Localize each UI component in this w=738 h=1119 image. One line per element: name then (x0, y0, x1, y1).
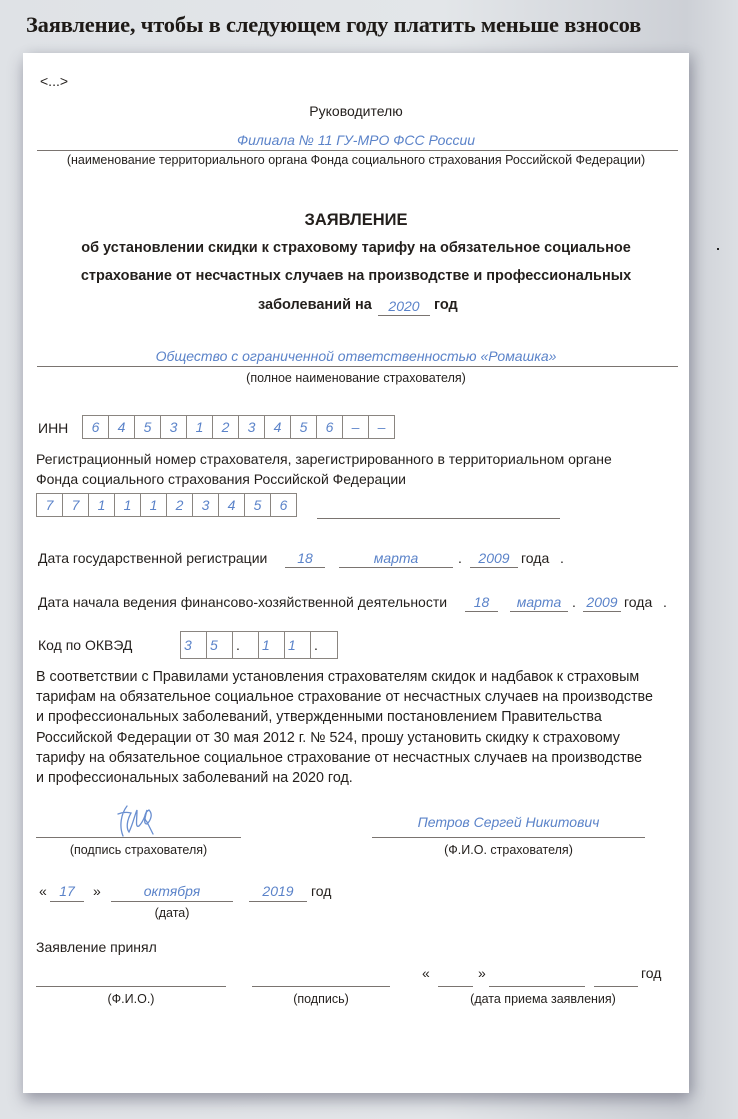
insurer-name[interactable]: Общество с ограниченной ответственностью… (23, 348, 689, 364)
accepted-year-line[interactable] (594, 986, 638, 987)
okved-cell[interactable]: 1 (285, 632, 311, 658)
activity-start-day-line (465, 611, 498, 612)
sign-date-year[interactable]: 2019 (249, 883, 307, 899)
addressee-caption: (наименование территориального органа Фо… (23, 153, 689, 167)
reg-extra-line[interactable] (317, 518, 560, 519)
inn-cell[interactable]: 5 (291, 416, 317, 438)
inn-cell[interactable]: 1 (187, 416, 213, 438)
reg-number-cell[interactable]: 5 (245, 494, 271, 516)
sign-date-caption: (дата) (111, 906, 233, 920)
insurer-line (37, 366, 678, 367)
reg-number-cell[interactable]: 1 (141, 494, 167, 516)
state-reg-year[interactable]: 2009 (470, 550, 518, 566)
accepted-day-line[interactable] (438, 986, 473, 987)
accepted-label: Заявление принял (36, 939, 157, 955)
reg-number-cell[interactable]: 2 (167, 494, 193, 516)
accepted-fio-caption: (Ф.И.О.) (36, 992, 226, 1006)
reg-number-field[interactable]: 7711123456 (36, 493, 297, 517)
reg-number-cell[interactable]: 7 (63, 494, 89, 516)
headline: Заявление, чтобы в следующем году платит… (26, 12, 641, 38)
signer-name[interactable]: Петров Сергей Никитович (372, 814, 645, 830)
sign-date-month-line (111, 901, 233, 902)
sign-date-close-quote: » (93, 883, 101, 899)
reg-number-cell[interactable]: 7 (37, 494, 63, 516)
state-reg-day-line (285, 567, 325, 568)
reg-number-cell[interactable]: 3 (193, 494, 219, 516)
accepted-open-quote: « (422, 965, 430, 981)
accepted-suffix: год (641, 965, 661, 981)
okved-cell[interactable]: 3 (181, 632, 207, 658)
activity-start-year-line (583, 611, 621, 612)
inn-cell[interactable]: 6 (317, 416, 343, 438)
insurer-caption: (полное наименование страхователя) (23, 371, 689, 385)
activity-start-label: Дата начала ведения финансово-хозяйствен… (38, 594, 447, 610)
accepted-fio-line[interactable] (36, 986, 226, 987)
inn-cell[interactable]: – (369, 416, 394, 438)
activity-start-suffix: года (624, 594, 652, 610)
okved-cell[interactable]: . (233, 632, 259, 658)
body-text: В соответствии с Правилами установления … (36, 667, 653, 788)
activity-start-month-line (510, 611, 568, 612)
inn-cell[interactable]: – (343, 416, 369, 438)
inn-cell[interactable]: 3 (239, 416, 265, 438)
okved-cell[interactable]: 1 (259, 632, 285, 658)
state-reg-month-line (339, 567, 453, 568)
activity-start-month[interactable]: марта (510, 594, 568, 610)
inn-cell[interactable]: 4 (109, 416, 135, 438)
activity-start-dot: . (572, 594, 576, 610)
reg-text-line-1: Регистрационный номер страхователя, заре… (36, 451, 612, 467)
accepted-date-caption: (дата приема заявления) (463, 992, 623, 1006)
signature-caption: (подпись страхователя) (36, 843, 241, 857)
sign-date-day-line (50, 901, 84, 902)
state-reg-label: Дата государственной регистрации (38, 550, 267, 566)
state-reg-day[interactable]: 18 (285, 550, 325, 566)
reg-number-cell[interactable]: 4 (219, 494, 245, 516)
activity-start-day[interactable]: 18 (465, 594, 498, 610)
omission-marker: <...> (40, 73, 68, 89)
signer-line (372, 837, 645, 838)
state-reg-suffix: года (521, 550, 549, 566)
reg-text-line-2: Фонда социального страхования Российской… (36, 471, 406, 487)
activity-start-year[interactable]: 2009 (583, 594, 621, 610)
accepted-signature-line[interactable] (252, 986, 390, 987)
state-reg-month[interactable]: марта (339, 550, 453, 566)
sign-date-suffix: год (311, 883, 331, 899)
okved-cell[interactable]: . (311, 632, 337, 658)
signer-caption: (Ф.И.О. страхователя) (372, 843, 645, 857)
addressee-value[interactable]: Филиала № 11 ГУ-МРО ФСС России (23, 132, 689, 148)
state-reg-year-line (470, 567, 518, 568)
inn-cell[interactable]: 4 (265, 416, 291, 438)
inn-field[interactable]: 6453123456–– (82, 415, 395, 439)
inn-cell[interactable]: 5 (135, 416, 161, 438)
reg-number-cell[interactable]: 1 (89, 494, 115, 516)
stray-dot (717, 248, 719, 250)
okved-field[interactable]: 35.11. (180, 631, 338, 659)
year-underline (378, 315, 430, 316)
activity-start-end: . (663, 594, 667, 610)
addressee-line (37, 150, 678, 151)
state-reg-dot: . (458, 550, 462, 566)
accepted-signature-caption: (подпись) (252, 992, 390, 1006)
subtitle-line-3-prefix: заболеваний на (258, 297, 372, 313)
application-form: <...> Руководителю Филиала № 11 ГУ-МРО Ф… (23, 53, 689, 1093)
inn-label: ИНН (38, 420, 68, 436)
sign-date-day[interactable]: 17 (50, 883, 84, 899)
reg-number-cell[interactable]: 6 (271, 494, 296, 516)
inn-cell[interactable]: 3 (161, 416, 187, 438)
okved-label: Код по ОКВЭД (38, 637, 132, 653)
inn-cell[interactable]: 2 (213, 416, 239, 438)
accepted-close-quote: » (478, 965, 486, 981)
document-title: ЗАЯВЛЕНИЕ (23, 211, 689, 230)
subtitle-line-3-suffix: год (434, 297, 458, 313)
accepted-month-line[interactable] (489, 986, 585, 987)
inn-cell[interactable]: 6 (83, 416, 109, 438)
subtitle-year[interactable]: 2020 (378, 298, 430, 314)
okved-cell[interactable]: 5 (207, 632, 233, 658)
signature-line[interactable] (36, 837, 241, 838)
addressee-label: Руководителю (23, 103, 689, 119)
subtitle-line-1: об установлении скидки к страховому тари… (23, 240, 689, 256)
subtitle-line-2: страхование от несчастных случаев на про… (23, 268, 689, 284)
sign-date-year-line (249, 901, 307, 902)
state-reg-end: . (560, 550, 564, 566)
sign-date-month[interactable]: октября (111, 883, 233, 899)
sign-date-open-quote: « (39, 883, 47, 899)
reg-number-cell[interactable]: 1 (115, 494, 141, 516)
